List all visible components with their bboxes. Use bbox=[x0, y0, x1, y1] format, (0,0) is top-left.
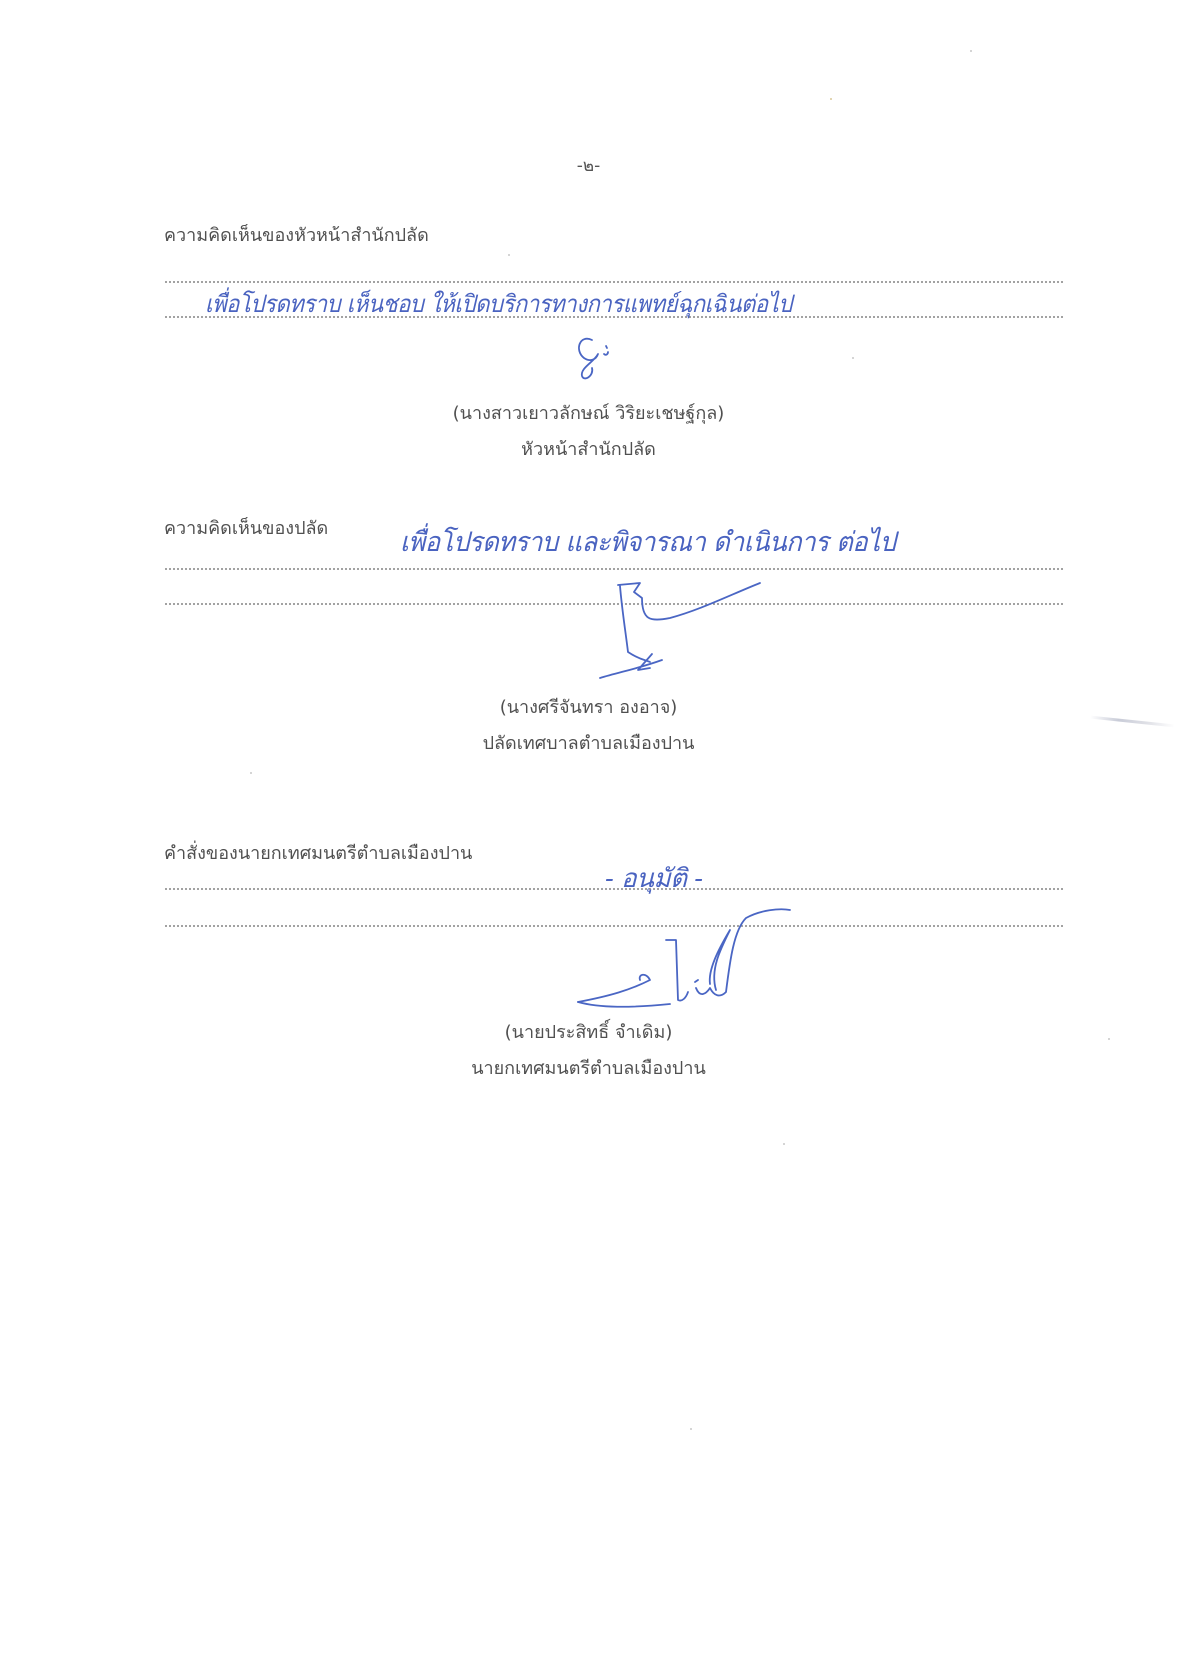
section-heading: ความคิดเห็นของปลัด bbox=[164, 513, 328, 542]
scan-artifact bbox=[690, 1428, 692, 1430]
scan-artifact bbox=[830, 98, 832, 100]
signatory-name: (นางศรีจันทรา องอาจ) bbox=[0, 692, 1177, 721]
signatory-title: หัวหน้าสำนักปลัด bbox=[0, 434, 1177, 463]
signatory-name: (นายประสิทธิ์ จำเดิม) bbox=[0, 1017, 1177, 1046]
dotted-line bbox=[164, 316, 1064, 318]
dotted-line bbox=[164, 281, 1064, 283]
signatory-title: นายกเทศมนตรีตำบลเมืองปาน bbox=[0, 1053, 1177, 1082]
dotted-line bbox=[164, 888, 1064, 890]
dotted-line bbox=[164, 568, 1064, 570]
scan-artifact bbox=[508, 254, 510, 256]
signatory-title: ปลัดเทศบาลตำบลเมืองปาน bbox=[0, 728, 1177, 757]
scan-artifact bbox=[783, 1143, 785, 1145]
signature-icon bbox=[570, 332, 620, 382]
handwritten-comment: - อนุมัติ - bbox=[605, 858, 703, 899]
section-heading: คำสั่งของนายกเทศมนตรีตำบลเมืองปาน bbox=[164, 838, 472, 867]
signature-icon bbox=[590, 580, 770, 685]
scan-artifact bbox=[970, 50, 972, 52]
section-heading: ความคิดเห็นของหัวหน้าสำนักปลัด bbox=[164, 220, 429, 249]
handwritten-comment: เพื่อโปรดทราบ และพิจารณา ดำเนินการ ต่อไป bbox=[400, 520, 895, 563]
signature-icon bbox=[570, 910, 790, 1010]
scan-artifact bbox=[250, 772, 252, 774]
scan-artifact bbox=[852, 357, 854, 359]
page-number: -๒- bbox=[0, 152, 1177, 179]
scan-artifact bbox=[1108, 1038, 1110, 1040]
signatory-name: (นางสาวเยาวลักษณ์ วิริยะเชษฐ์กุล) bbox=[0, 398, 1177, 427]
